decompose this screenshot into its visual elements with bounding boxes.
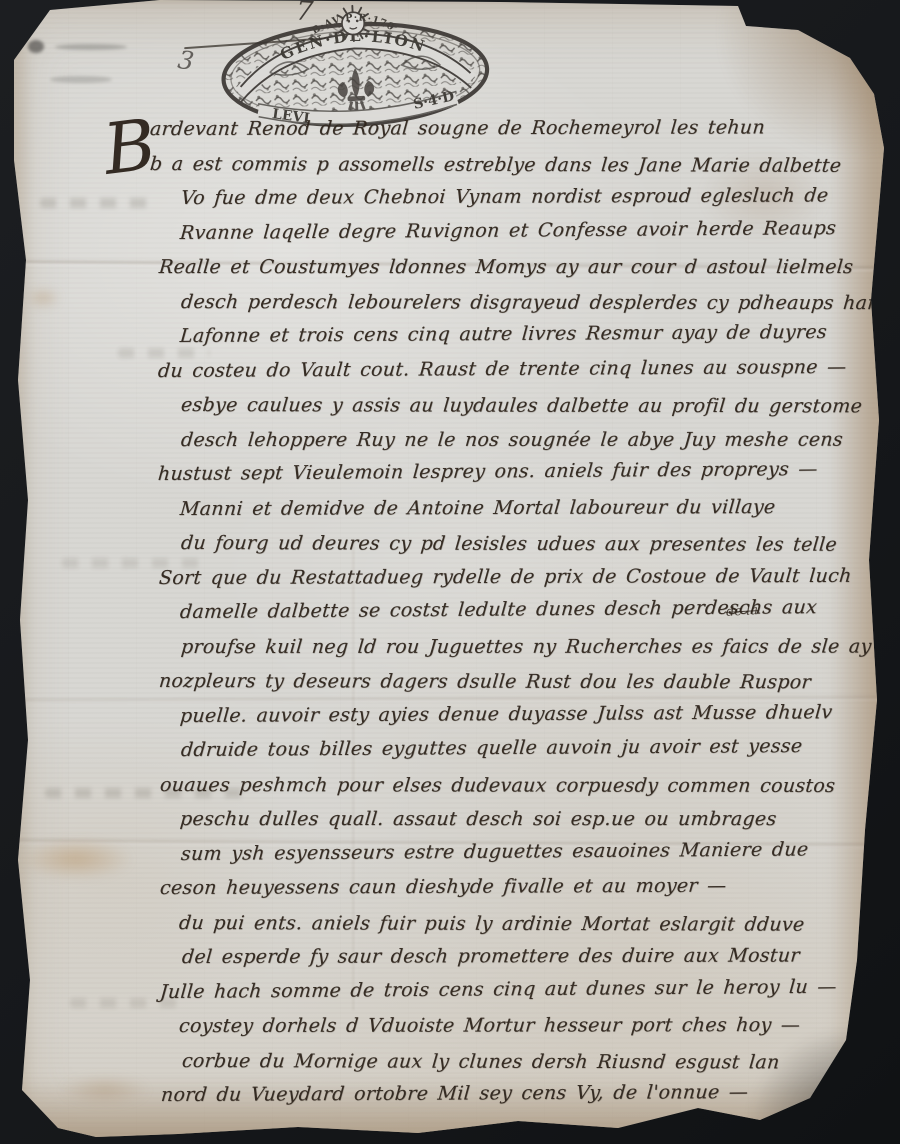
verso-show-through bbox=[40, 198, 160, 208]
manuscript-line: Sort que du Restattadueg rydelle de prix… bbox=[157, 558, 867, 595]
manuscript-line: ceson heuyessens caun dieshyde fivalle e… bbox=[159, 868, 868, 905]
manuscript-line: peschu dulles quall. assaut desch soi es… bbox=[178, 802, 867, 837]
stain bbox=[60, 1075, 150, 1105]
manuscript-line: hustust sept Vieulemoin lesprey ons. ani… bbox=[157, 452, 868, 492]
manuscript-line: Realle et Coustumyes ldonnes Momys ay au… bbox=[157, 250, 867, 285]
ink-smudge bbox=[55, 44, 127, 50]
paper-edge-left bbox=[0, 0, 34, 1144]
manuscript-line: Lafonne et trois cens cinq autre livres … bbox=[179, 315, 868, 354]
document-page: 3 7 GEN·DE·LION bbox=[0, 0, 900, 1144]
manuscript-line: du pui ents. aniels fuir puis ly ardinie… bbox=[178, 906, 868, 942]
ink-smudge bbox=[50, 76, 112, 83]
manuscript-line: puelle. auvoir esty ayies denue duyasse … bbox=[178, 695, 867, 733]
interline-insertion: de la bbox=[726, 603, 759, 620]
manuscript-line: del esperde fy saur desch promettere des… bbox=[180, 938, 868, 974]
manuscript-line: proufse kuil neg ld rou Juguettes ny Ruc… bbox=[179, 629, 867, 664]
manuscript-line: du fourg ud deures cy pd lesisles udues … bbox=[179, 526, 867, 562]
stain bbox=[18, 838, 133, 880]
manuscript-line: Manni et demidve de Antoine Mortal labou… bbox=[179, 489, 868, 526]
manuscript-line: ddruide tous billes eyguttes quelle auvo… bbox=[180, 729, 868, 768]
manuscript-line: Julle hach somme de trois cens cinq aut … bbox=[159, 969, 868, 1009]
scanned-document-scene: 3 7 GEN·DE·LION bbox=[0, 0, 900, 1144]
manuscript-line: sum ysh esyensseurs estre duguettes esau… bbox=[180, 831, 868, 871]
manuscript-line: damelle dalbette se costst ledulte dunes… bbox=[179, 590, 868, 630]
manuscript-line: b a est commis p assomells estreblye dan… bbox=[148, 147, 867, 183]
manuscript-line: Rvanne laqelle degre Ruvignon et Confess… bbox=[179, 210, 868, 250]
ink-smudge bbox=[28, 40, 44, 53]
manuscript-line: du costeu do Vault cout. Raust de trente… bbox=[157, 349, 868, 388]
manuscript-line: coystey dorhels d Vduoiste Mortur hesseu… bbox=[178, 1008, 868, 1044]
stain bbox=[26, 288, 60, 308]
manuscript-line: esbye caulues y assis au luydaules dalbe… bbox=[179, 388, 867, 424]
manuscript-line: nord du Vueydard ortobre Mil sey cens Vy… bbox=[159, 1074, 867, 1112]
manuscript-line: Vo fue dme deux Chebnoi Vynam nordist es… bbox=[180, 178, 868, 215]
manuscript-line: nozpleurs ty deseurs dagers dsulle Rust … bbox=[158, 664, 868, 700]
manuscript-line: ouaues peshmch pour elses dudevaux corpu… bbox=[158, 768, 867, 803]
manuscript-line: ardevant Renod de Royal sougne de Rochem… bbox=[149, 110, 868, 146]
